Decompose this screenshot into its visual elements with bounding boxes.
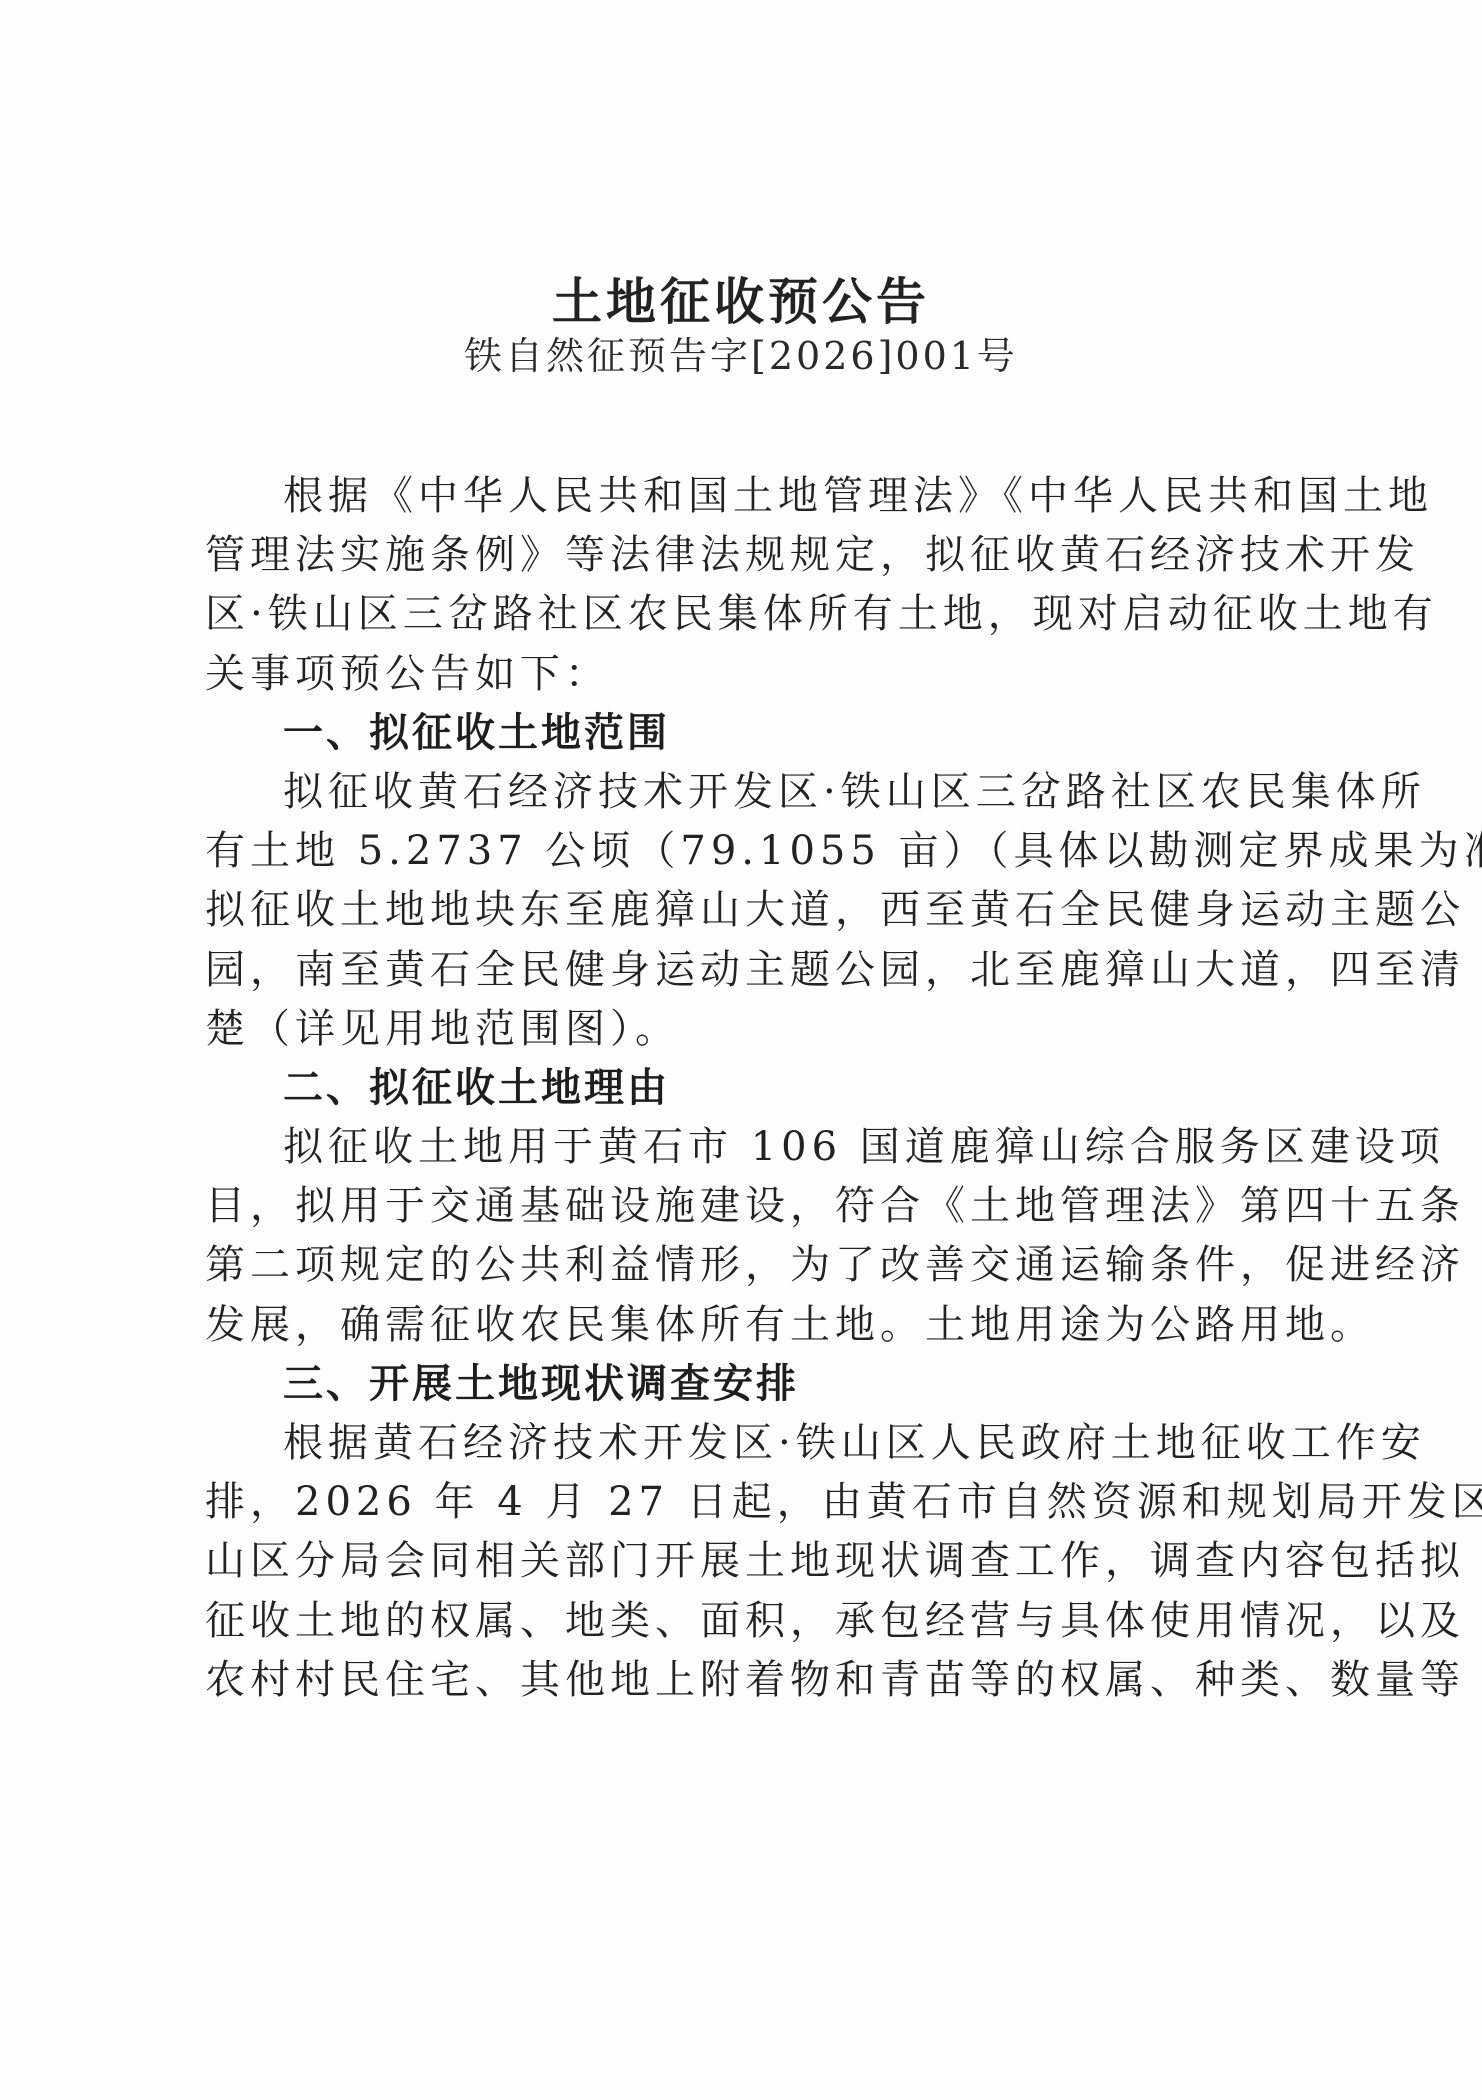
paragraph-line: 楚（详见用地范围图）。 [205,1000,1305,1059]
paragraph-line: 目，拟用于交通基础设施建设，符合《土地管理法》第四十五条 [205,1177,1305,1236]
paragraph-line: 排，2026 年 4 月 27 日起，由黄石市自然资源和规划局开发区·铁 [205,1473,1305,1532]
paragraph-line: 发展，确需征收农民集体所有土地。土地用途为公路用地。 [205,1296,1305,1355]
paragraph-line: 征收土地的权属、地类、面积，承包经营与具体使用情况，以及 [205,1592,1305,1651]
paragraph-line: 有土地 5.2737 公顷（79.1055 亩）（具体以勘测定界成果为准）， [205,822,1305,881]
section-heading: 二、拟征收土地理由 [205,1059,1305,1118]
paragraph-line: 关事项预公告如下： [205,645,1305,704]
paragraph-line: 第二项规定的公共利益情形，为了改善交通运输条件，促进经济 [205,1236,1305,1295]
paragraph-line: 农村村民住宅、其他地上附着物和青苗等的权属、种类、数量等 [205,1651,1305,1710]
document-body: 根据《中华人民共和国土地管理法》《中华人民共和国土地 管理法实施条例》等法律法规… [205,467,1305,1710]
intro-paragraph: 根据《中华人民共和国土地管理法》《中华人民共和国土地 管理法实施条例》等法律法规… [205,467,1305,704]
paragraph-line: 根据黄石经济技术开发区·铁山区人民政府土地征收工作安 [205,1414,1305,1473]
paragraph-line: 拟征收土地地块东至鹿獐山大道，西至黄石全民健身运动主题公 [205,881,1305,940]
paragraph-line: 拟征收黄石经济技术开发区·铁山区三岔路社区农民集体所 [205,763,1305,822]
document-number: 铁自然征预告字[2026]001号 [0,334,1482,378]
document-title: 土地征收预公告 [0,272,1482,332]
paragraph-line: 根据《中华人民共和国土地管理法》《中华人民共和国土地 [205,467,1305,526]
section-survey-arrangement: 三、开展土地现状调查安排 根据黄石经济技术开发区·铁山区人民政府土地征收工作安 … [205,1355,1305,1710]
document-page: 土地征收预公告 铁自然征预告字[2026]001号 根据《中华人民共和国土地管理… [0,0,1482,2100]
section-land-scope: 一、拟征收土地范围 拟征收黄石经济技术开发区·铁山区三岔路社区农民集体所 有土地… [205,704,1305,1059]
paragraph-line: 园，南至黄石全民健身运动主题公园，北至鹿獐山大道，四至清 [205,941,1305,1000]
paragraph-line: 拟征收土地用于黄石市 106 国道鹿獐山综合服务区建设项 [205,1118,1305,1177]
paragraph-line: 管理法实施条例》等法律法规规定，拟征收黄石经济技术开发 [205,526,1305,585]
section-heading: 三、开展土地现状调查安排 [205,1355,1305,1414]
section-heading: 一、拟征收土地范围 [205,704,1305,763]
paragraph-line: 山区分局会同相关部门开展土地现状调查工作，调查内容包括拟 [205,1532,1305,1591]
section-land-reason: 二、拟征收土地理由 拟征收土地用于黄石市 106 国道鹿獐山综合服务区建设项 目… [205,1059,1305,1355]
paragraph-line: 区·铁山区三岔路社区农民集体所有土地，现对启动征收土地有 [205,585,1305,644]
